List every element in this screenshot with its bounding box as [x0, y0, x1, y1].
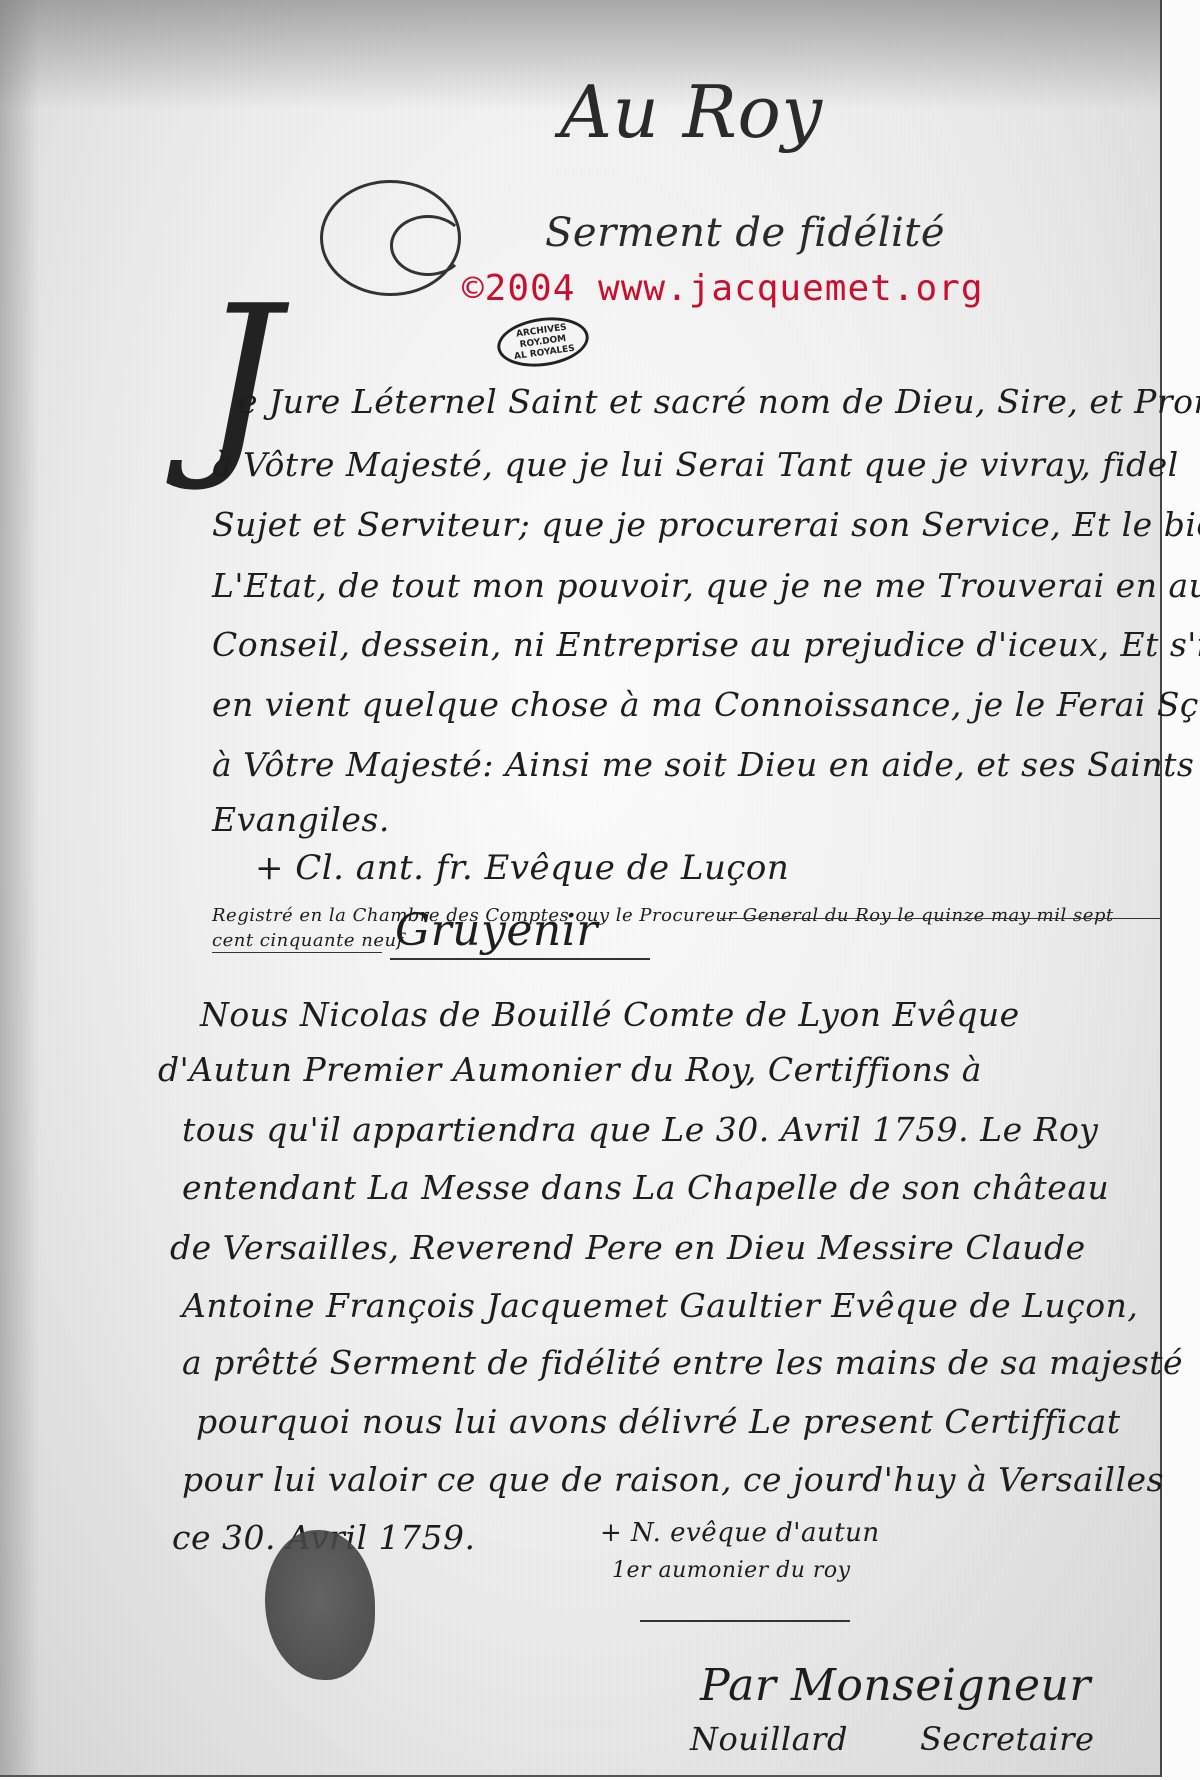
secretary-name: Nouillard	[690, 1720, 848, 1758]
oath-line: e Jure Léternel Saint et sacré nom de Di…	[238, 382, 1200, 421]
registrar-signature: Gruyenir	[395, 905, 598, 956]
manuscript-page	[0, 0, 1162, 1777]
certificate-line: tous qu'il appartiendra que Le 30. Avril…	[182, 1110, 1098, 1149]
secretary-title: Secretaire	[920, 1720, 1094, 1758]
signature-paraph	[390, 958, 650, 960]
document-subheading: Serment de fidélité	[545, 210, 945, 256]
certificate-line: Antoine François Jacquemet Gaultier Evêq…	[182, 1286, 1138, 1325]
certificate-line: entendant La Messe dans La Chapelle de s…	[182, 1168, 1109, 1207]
underline-rule	[212, 952, 382, 953]
certificate-line: de Versailles, Reverend Pere en Dieu Mes…	[170, 1228, 1086, 1267]
registration-note-continued: cent cinquante neuf	[212, 930, 404, 951]
signature-paraph	[640, 1620, 850, 1622]
scan-margin	[1162, 0, 1200, 1780]
certificate-line: pour lui valoir ce que de raison, ce jou…	[182, 1460, 1164, 1499]
registration-note: Registré en la Chambre des Comptes ouy l…	[212, 905, 1114, 926]
oath-line: Evangiles.	[212, 800, 390, 839]
oath-line: L'Etat, de tout mon pouvoir, que je ne m…	[212, 566, 1200, 605]
oath-line: en vient quelque chose à ma Connoissance…	[212, 685, 1200, 724]
certificate-line: pourquoi nous lui avons délivré Le prese…	[196, 1402, 1121, 1441]
strike-through-line	[720, 918, 1160, 919]
certificate-line: Nous Nicolas de Bouillé Comte de Lyon Ev…	[200, 995, 1020, 1034]
copyright-watermark: ©2004 www.jacquemet.org	[462, 268, 984, 309]
oath-line: à Vôtre Majesté, que je lui Serai Tant q…	[212, 445, 1179, 484]
oath-line: à Vôtre Majesté: Ainsi me soit Dieu en a…	[212, 745, 1194, 784]
aumonier-title: 1er aumonier du roy	[612, 1558, 851, 1583]
bishop-signature: + Cl. ant. fr. Evêque de Luçon	[255, 848, 789, 888]
document-heading: Au Roy	[560, 70, 823, 154]
certificate-line: d'Autun Premier Aumonier du Roy, Certiff…	[158, 1050, 982, 1089]
flourish-ornament-inner	[390, 215, 466, 276]
oath-line: Conseil, dessein, ni Entreprise au preju…	[212, 625, 1200, 664]
aumonier-signature: + N. evêque d'autun	[600, 1518, 880, 1548]
par-monseigneur: Par Monseigneur	[700, 1660, 1091, 1711]
oath-line: Sujet et Serviteur; que je procurerai so…	[212, 505, 1200, 544]
certificate-line: a prêtté Serment de fidélité entre les m…	[182, 1343, 1183, 1382]
